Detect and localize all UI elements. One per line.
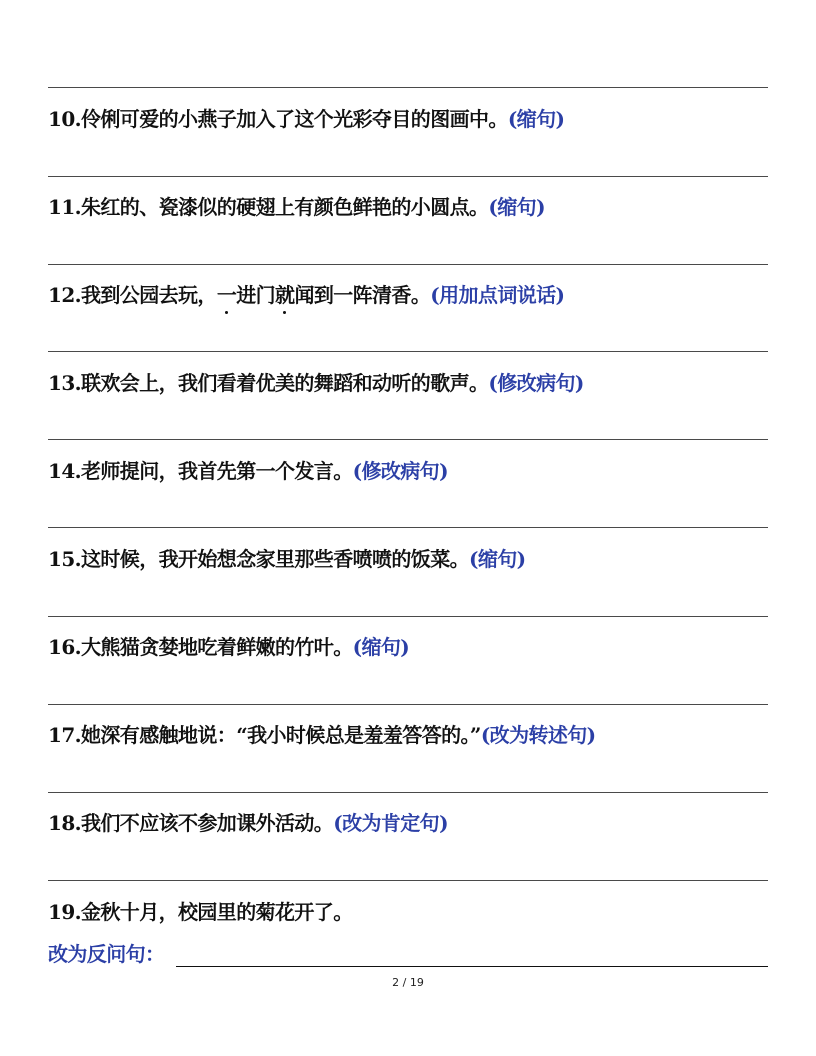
emphasized-word-2: 就 (275, 283, 294, 307)
question-16: 16.大熊猫贪婪地吃着鲜嫩的竹叶。(缩句) (48, 635, 409, 659)
question-number: 16. (48, 635, 81, 659)
answer-rule-12 (48, 351, 768, 352)
page-indicator: 2 / 19 (0, 976, 816, 989)
question-13: 13.联欢会上，我们看着优美的舞蹈和动听的歌声。(修改病句) (48, 371, 584, 395)
answer-rule-15 (48, 616, 768, 617)
question-15: 15.这时候，我开始想念家里那些香喷喷的饭菜。(缩句) (48, 547, 526, 571)
question-text: 联欢会上，我们看着优美的舞蹈和动听的歌声。 (81, 371, 488, 395)
question-number: 19. (48, 900, 81, 924)
question-hint: (改为转述句) (481, 723, 596, 747)
question-hint: (修改病句) (488, 371, 583, 395)
answer-rule-17 (48, 792, 768, 793)
question-number: 12. (48, 283, 81, 307)
question-hint: (用加点词说话) (430, 283, 564, 307)
answer-rule-16 (48, 704, 768, 705)
question-text: 老师提问，我首先第一个发言。 (81, 459, 353, 483)
question-hint: (缩句) (488, 195, 545, 219)
answer-blank-line[interactable] (176, 966, 768, 967)
question-hint: (缩句) (353, 635, 410, 659)
answer-rule-14 (48, 527, 768, 528)
question-text: 我们不应该不参加课外活动。 (81, 811, 333, 835)
question-10: 10.伶俐可爱的小燕子加入了这个光彩夺目的图画中。(缩句) (48, 107, 564, 131)
question-text: 伶俐可爱的小燕子加入了这个光彩夺目的图画中。 (81, 107, 508, 131)
question-number: 14. (48, 459, 81, 483)
question-number: 11. (48, 195, 81, 219)
question-hint: (改为肯定句) (333, 811, 448, 835)
answer-prompt-label: 改为反问句： (48, 942, 164, 966)
question-text-before: 我到公园去玩， (81, 283, 217, 307)
question-17: 17.她深有感触地说：“我小时候总是羞羞答答的。”(改为转述句) (48, 723, 596, 747)
answer-rule-11 (48, 264, 768, 265)
answer-rule-9 (48, 87, 768, 88)
question-19: 19.金秋十月，校园里的菊花开了。 (48, 900, 353, 924)
question-14: 14.老师提问，我首先第一个发言。(修改病句) (48, 459, 448, 483)
question-11: 11.朱红的、瓷漆似的硬翅上有颜色鲜艳的小圆点。(缩句) (48, 195, 545, 219)
question-18: 18.我们不应该不参加课外活动。(改为肯定句) (48, 811, 448, 835)
question-number: 15. (48, 547, 81, 571)
question-text-after: 闻到一阵清香。 (294, 283, 430, 307)
question-text-mid: 进门 (236, 283, 275, 307)
answer-rule-13 (48, 439, 768, 440)
question-text: 大熊猫贪婪地吃着鲜嫩的竹叶。 (81, 635, 353, 659)
answer-rule-10 (48, 176, 768, 177)
question-text: 这时候，我开始想念家里那些香喷喷的饭菜。 (81, 547, 469, 571)
question-number: 10. (48, 107, 81, 131)
answer-rule-18 (48, 880, 768, 881)
question-hint: (缩句) (508, 107, 565, 131)
question-text: 她深有感触地说：“我小时候总是羞羞答答的。” (81, 723, 481, 747)
question-number: 18. (48, 811, 81, 835)
question-text: 朱红的、瓷漆似的硬翅上有颜色鲜艳的小圆点。 (81, 195, 488, 219)
question-12: 12.我到公园去玩，一进门就闻到一阵清香。(用加点词说话) (48, 283, 564, 307)
emphasized-word-1: 一 (217, 283, 236, 307)
question-hint: (缩句) (469, 547, 526, 571)
question-number: 17. (48, 723, 81, 747)
question-number: 13. (48, 371, 81, 395)
question-hint: (修改病句) (353, 459, 448, 483)
question-text: 金秋十月，校园里的菊花开了。 (81, 900, 353, 924)
